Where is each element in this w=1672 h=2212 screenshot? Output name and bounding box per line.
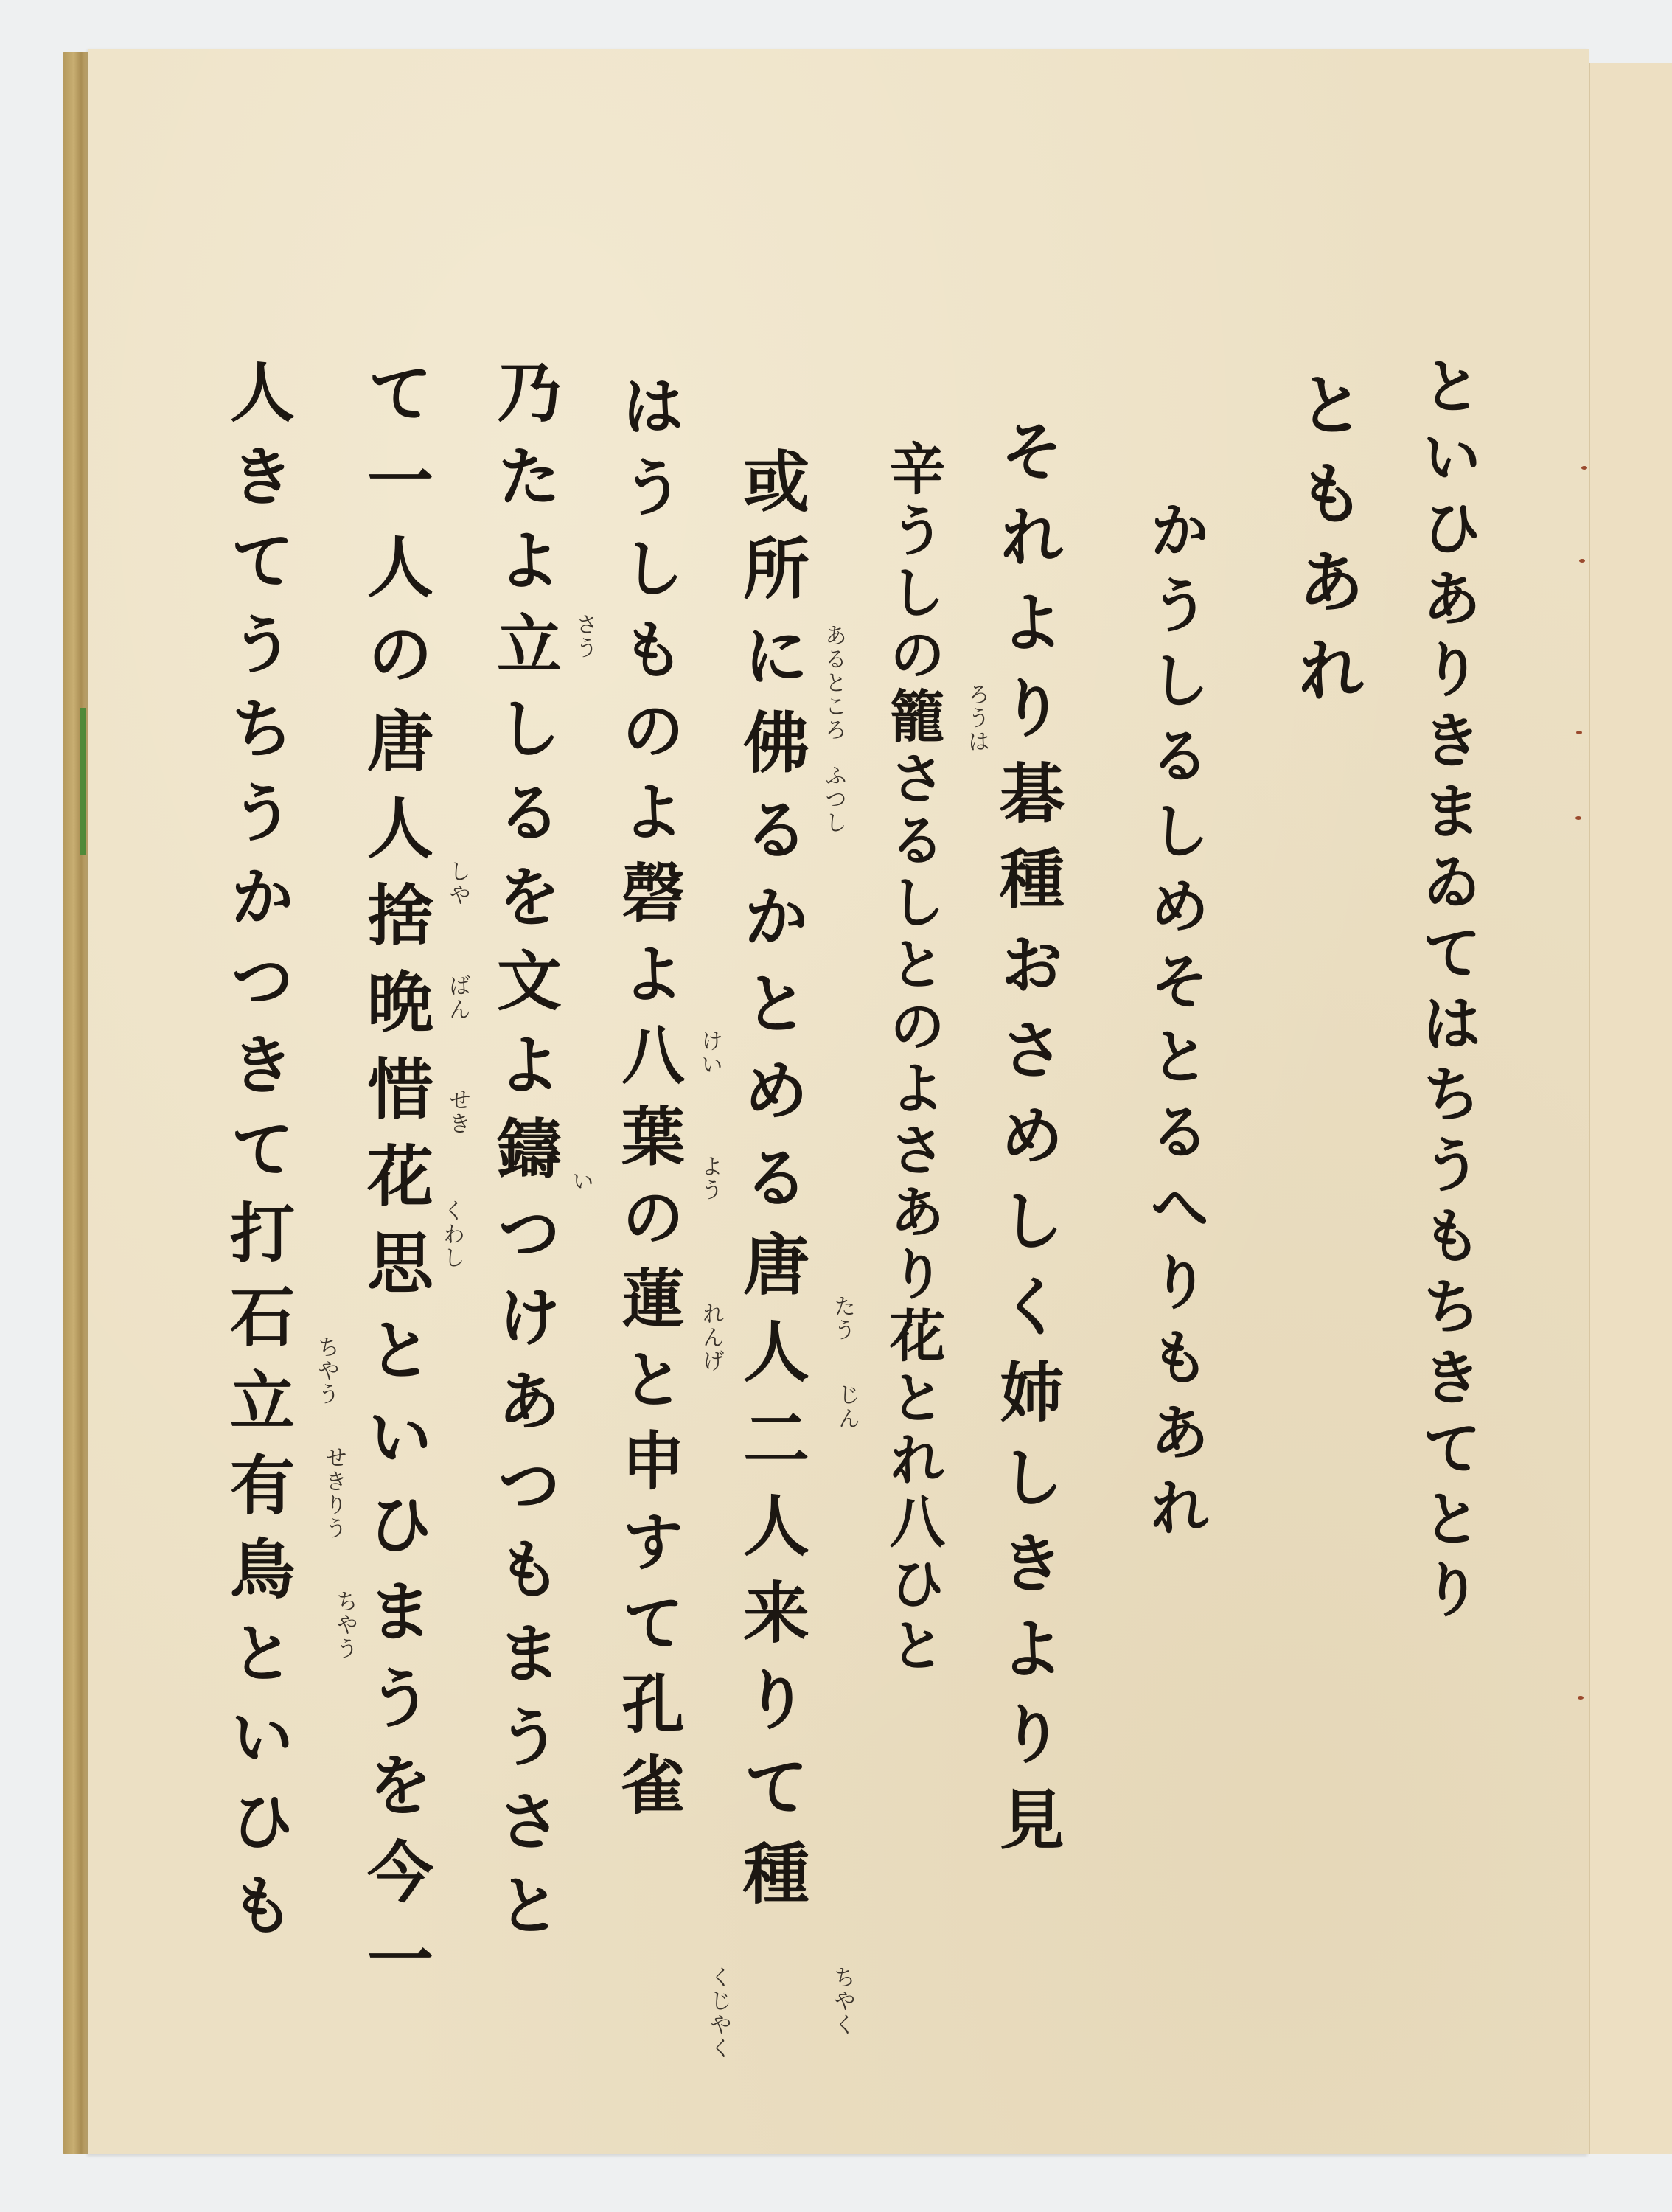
- binding-hole: [1575, 816, 1581, 820]
- text-column-8: 乃たよ立しるを文よ鑄つけあつもまうさと: [492, 358, 557, 1955]
- furigana-gloss: くじやく: [702, 1966, 734, 2060]
- binding-hole: [1578, 1696, 1584, 1700]
- furigana-gloss: ちやう: [328, 1590, 360, 1660]
- furigana-gloss: ろうは: [960, 683, 992, 754]
- furigana-gloss: くわし: [435, 1199, 467, 1270]
- furigana-gloss: しや: [441, 860, 473, 907]
- furigana-gloss: あるところ: [817, 624, 849, 742]
- furigana-gloss: せき: [441, 1088, 473, 1135]
- facing-page: [1589, 63, 1672, 2154]
- text-column-1: といひありきまゐてはちうもちきてとり: [1417, 355, 1477, 1629]
- green-edge-strip: [80, 708, 86, 855]
- furigana-gloss: よう: [693, 1155, 725, 1202]
- binding-hole: [1576, 731, 1582, 734]
- furigana-gloss: けい: [693, 1029, 725, 1077]
- furigana-gloss: せきりう: [317, 1446, 349, 1540]
- text-column-2: ともあれ: [1292, 369, 1360, 723]
- text-column-3: かうしるしめそとるへりもあれ: [1145, 498, 1205, 1551]
- furigana-gloss: さう: [568, 613, 600, 660]
- text-column-7: はうしものよ磬よ八葉の蓮と申すて孔雀: [616, 373, 679, 1833]
- text-column-5: 辛うしの籠さるしとのよさあり花とれ八ひと: [885, 439, 941, 1678]
- binding-hole: [1579, 559, 1585, 563]
- furigana-gloss: ふつし: [817, 764, 849, 835]
- manuscript-page: といひありきまゐてはちうもちきてとり ともあれ かうしるしめそとるへりもあれ そ…: [88, 49, 1589, 2154]
- furigana-gloss: たう: [826, 1295, 858, 1342]
- text-column-9: て一人の唐人捨晩惜花思といひまうを今一: [361, 358, 428, 2011]
- text-column-6: 或所に佛るかとめる唐人二人来りて種: [737, 447, 804, 1926]
- text-column-10: 人きてうちうかつきて打石立有鳥といひも: [226, 358, 290, 1955]
- text-column-4: それより碁種おさめしく姉しきより見: [995, 417, 1060, 1871]
- furigana-gloss: ちやう: [310, 1335, 342, 1406]
- furigana-gloss: じん: [830, 1383, 863, 1430]
- furigana-gloss: れんげ: [694, 1302, 727, 1373]
- binding-hole: [1581, 466, 1587, 470]
- furigana-gloss: い: [564, 1169, 596, 1193]
- furigana-gloss: ばん: [441, 974, 473, 1021]
- furigana-gloss: ちやく: [826, 1966, 858, 2037]
